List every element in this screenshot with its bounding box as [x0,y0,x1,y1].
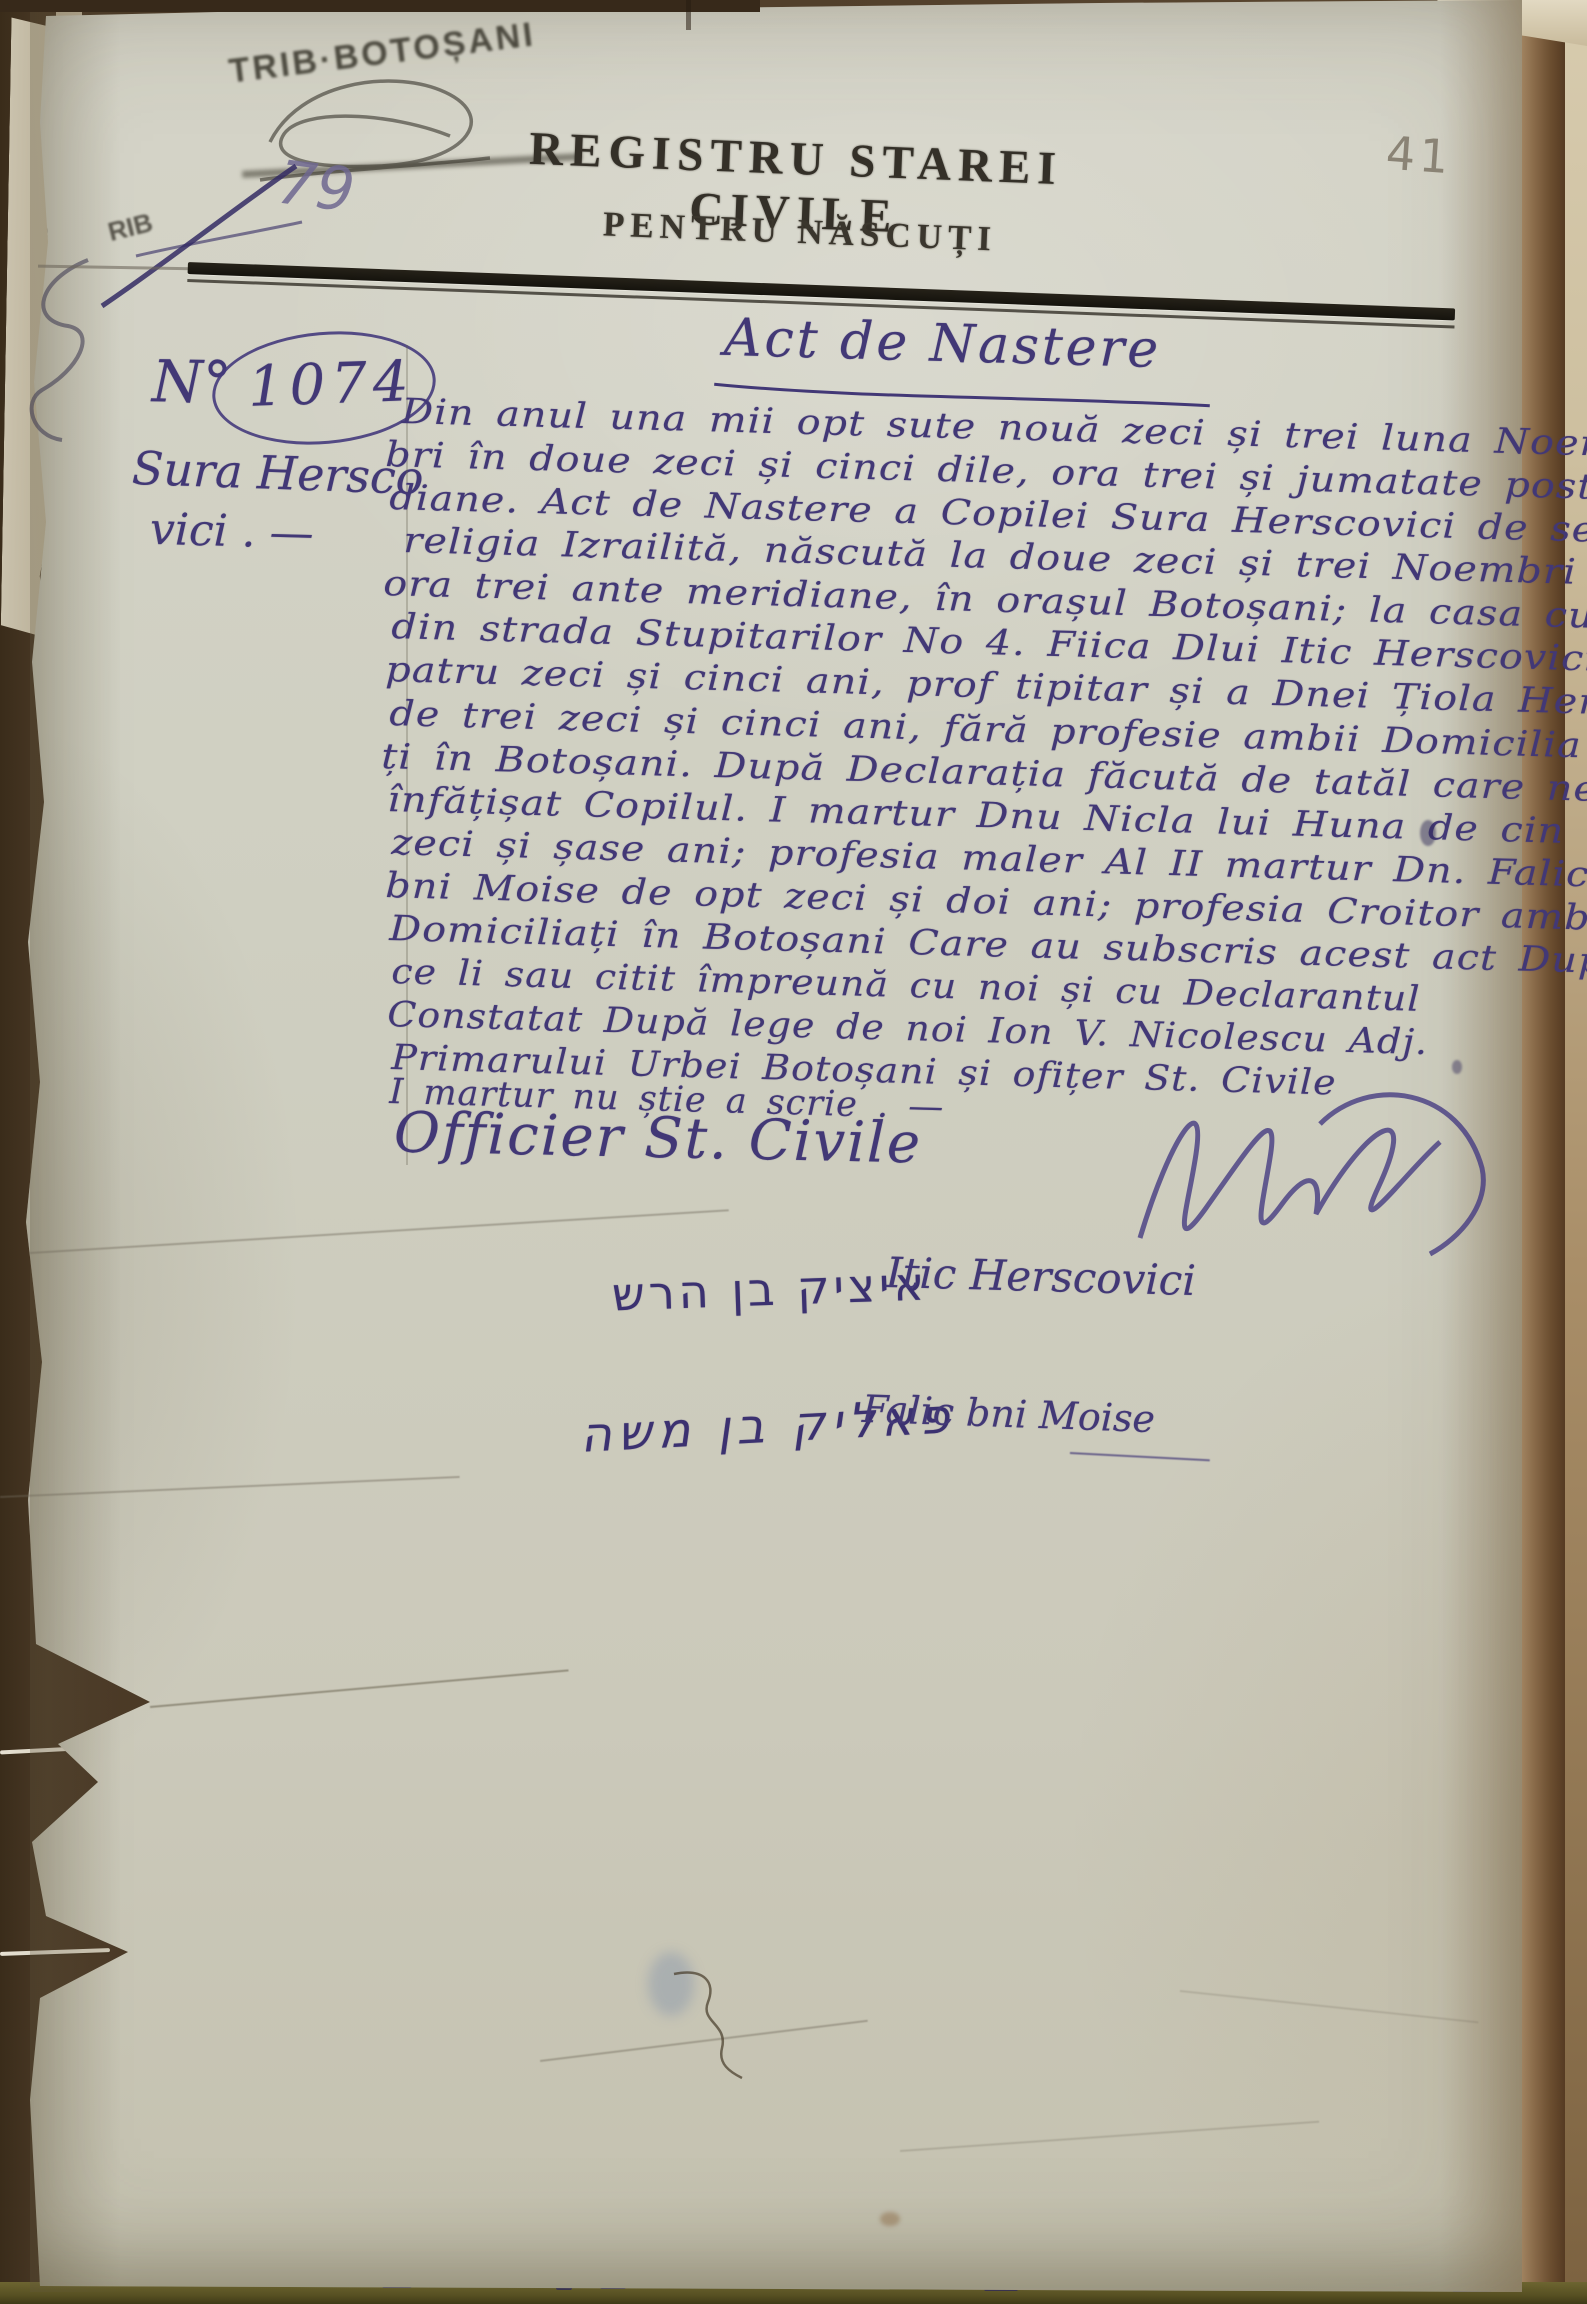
photo-top-edge [0,0,760,12]
stain [880,2212,900,2226]
page-number: 41 [1384,126,1454,185]
cancellation-stroke [96,160,306,310]
father-signature-latin: Itic Herscovici [885,1248,1196,1305]
photographed-register-page: TRIB·BOTOȘANI RIB 41 79 REGISTRU STAREI … [0,0,1587,2304]
ink-spot [1420,820,1436,846]
act-heading: Act de Nastere [723,308,1162,380]
margin-name-line1: Sura Hersco [131,441,424,505]
officer-title: Officier St. Civile [393,1100,922,1176]
book-cover-fabric-right [1563,0,1587,2304]
handwriting-fragment [18,240,108,460]
father-signature-hebrew: איציק בן הרש [611,1256,929,1321]
paper-fold-mark [686,0,691,30]
page-block-edge-right [1517,0,1565,2304]
margin-name-line2: vici . — [149,504,314,559]
officer-signature [1110,1058,1510,1278]
crease-crack [664,1962,774,2082]
ink-spot [1452,1060,1462,1074]
